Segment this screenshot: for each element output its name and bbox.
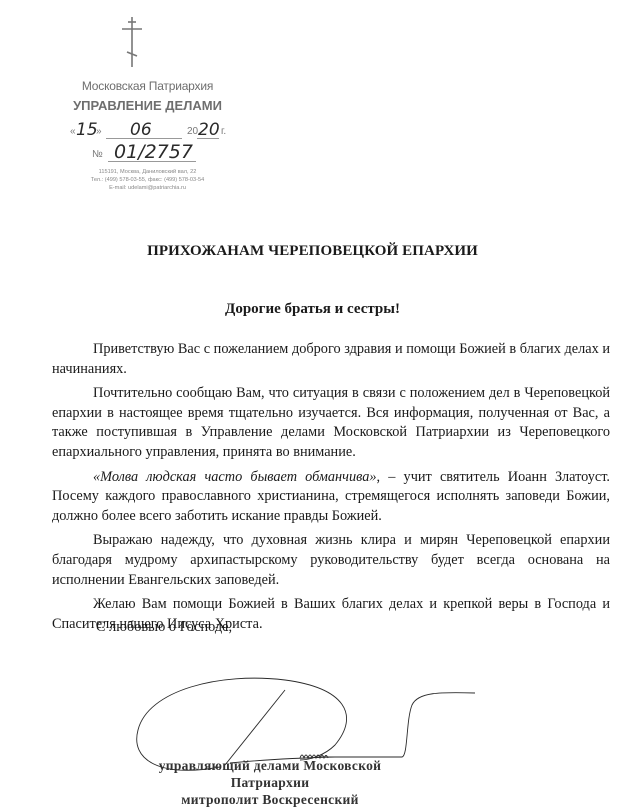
org-name: Московская Патриархия <box>60 79 235 93</box>
email-line: E-mail: udelami@patriarchia.ru <box>60 184 235 192</box>
signatory-name: митрополит Воскресенский <box>120 791 420 808</box>
paragraph-3: «Молва людская часто бывает обманчива», … <box>52 468 610 527</box>
letterhead: Московская Патриархия УПРАВЛЕНИЕ ДЕЛАМИ … <box>60 0 235 200</box>
signatory-position: управляющий делами Московской Патриархии <box>120 757 420 791</box>
address-block: 115191, Москва, Даниловский вал, 22 Тел.… <box>60 168 235 192</box>
greeting: Дорогие братья и сестры! <box>0 301 625 318</box>
date-year-suffix: 20 <box>198 120 220 140</box>
outgoing-number: № 01/2757 <box>90 143 250 165</box>
orthodox-cross-icon <box>120 16 144 68</box>
quote: «Молва людская часто бывает обманчива» <box>93 469 377 485</box>
department-name: УПРАВЛЕНИЕ ДЕЛАМИ <box>60 98 235 113</box>
address-line: 115191, Москва, Даниловский вал, 22 <box>60 168 235 176</box>
paragraph-2: Почтительно сообщаю Вам, что ситуация в … <box>52 384 610 462</box>
letter-body: Приветствую Вас с пожеланием доброго здр… <box>52 340 610 639</box>
date-day: 15 <box>76 120 98 140</box>
closing-phrase: С любовью о Господе, <box>96 619 232 636</box>
phone-line: Тел.: (499) 578-03-55, факс: (499) 578-0… <box>60 176 235 184</box>
date-close-quote: » <box>96 126 102 137</box>
date-year-label: г. <box>221 126 226 137</box>
date-open-quote: « <box>70 126 76 137</box>
date-year-prefix: 20 <box>187 126 198 137</box>
date-line: « 15 » 06 20 20 г. <box>64 120 239 142</box>
signatory-block: управляющий делами Московской Патриархии… <box>120 757 420 808</box>
paragraph-4: Выражаю надежду, что духовная жизнь клир… <box>52 531 610 590</box>
paragraph-1: Приветствую Вас с пожеланием доброго здр… <box>52 340 610 379</box>
date-month: 06 <box>130 120 152 140</box>
document-title: ПРИХОЖАНАМ ЧЕРЕПОВЕЦКОЙ ЕПАРХИИ <box>0 243 625 260</box>
number-value: 01/2757 <box>114 141 193 163</box>
number-label: № <box>92 149 103 160</box>
